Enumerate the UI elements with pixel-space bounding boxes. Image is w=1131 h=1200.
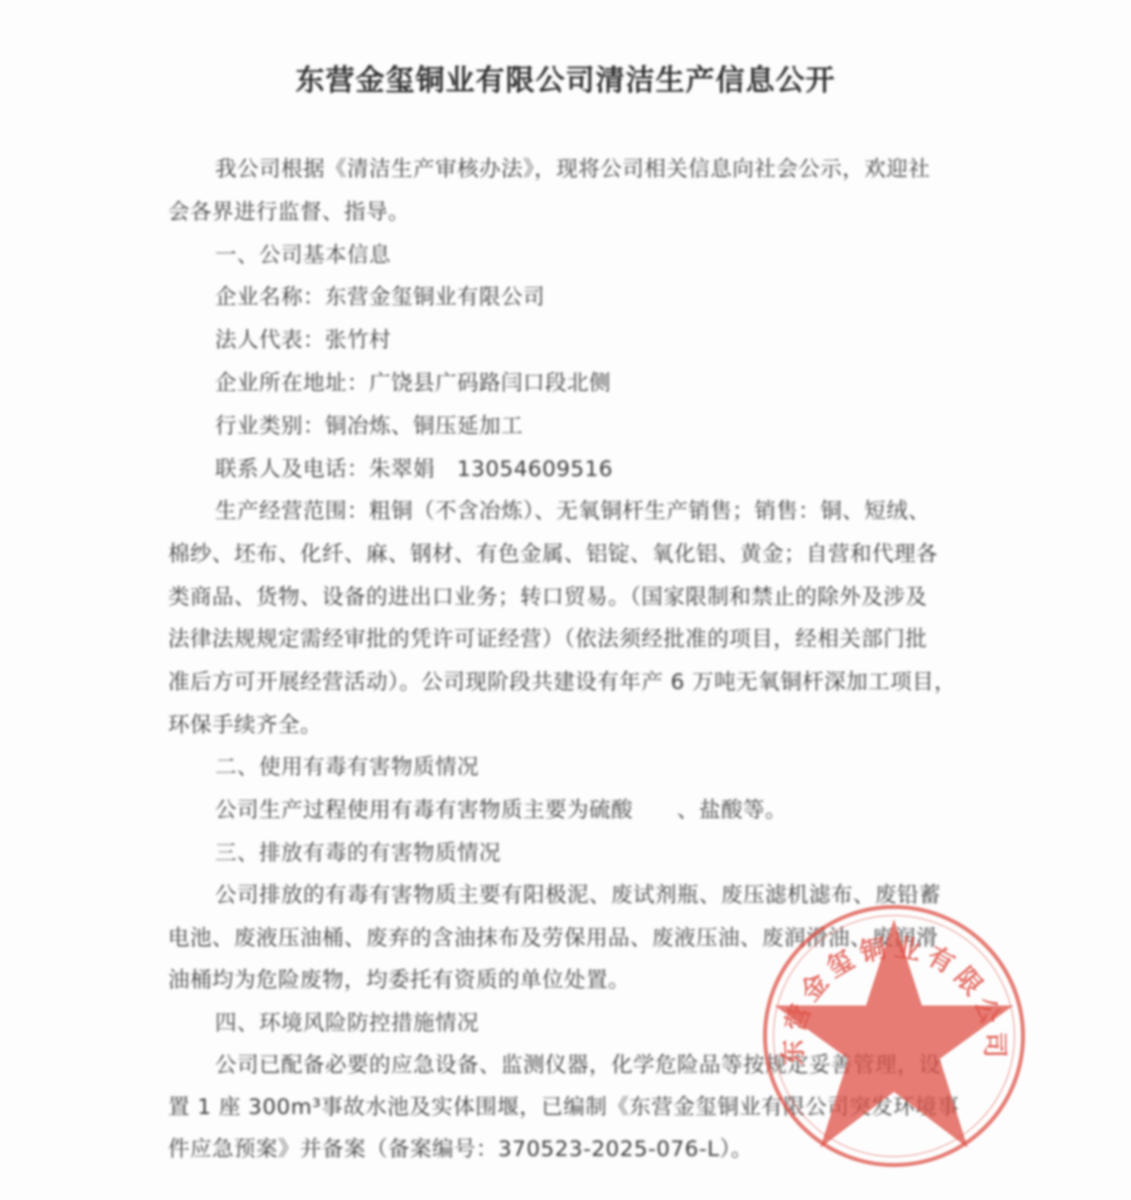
document-title: 东营金玺铜业有限公司清洁生产信息公开 <box>0 58 1131 99</box>
intro-line-1: 我公司根据《清洁生产审核办法》，现将公司相关信息向社会公示，欢迎社 <box>215 152 930 183</box>
contact-info: 联系人及电话：朱翠娟 13054609516 <box>215 452 613 483</box>
intro-line-2: 会各界进行监督、指导。 <box>168 195 410 226</box>
scope-line-5: 准后方可开展经营活动）。公司现阶段共建设有年产 6 万吨无氧铜杆深加工项目， <box>168 665 956 696</box>
seal-star-icon <box>767 909 1021 1163</box>
section4-heading: 四、环境风险防控措施情况 <box>215 1006 479 1037</box>
section4-line-3: 件应急预案》并备案（备案编号：370523-2025-076-L）。 <box>168 1132 753 1163</box>
scope-line-1: 生产经营范围：粗铜（不含冶炼）、无氧铜杆生产销售；销售：铜、短绒、 <box>215 494 930 525</box>
company-name: 企业名称：东营金玺铜业有限公司 <box>215 280 545 311</box>
company-address: 企业所在地址：广饶县广码路闫口段北侧 <box>215 366 611 397</box>
section3-line-3: 油桶均为危险废物，均委托有资质的单位处置。 <box>168 963 630 994</box>
company-seal-stamp: 东营金玺铜业有限公司 <box>763 905 1025 1167</box>
section2-body: 公司生产过程使用有毒有害物质主要为硫酸 、盐酸等。 <box>215 793 787 824</box>
industry-category: 行业类别：铜冶炼、铜压延加工 <box>215 409 523 440</box>
legal-representative: 法人代表：张竹村 <box>215 323 391 354</box>
scope-line-4: 法律法规规定需经审批的凭许可证经营）（依法须经批准的项目，经相关部门批 <box>168 622 927 653</box>
scope-line-6: 环保手续齐全。 <box>168 708 322 739</box>
scope-line-3: 类商品、货物、设备的进出口业务；转口贸易。（国家限制和禁止的除外及涉及 <box>168 580 927 611</box>
section3-line-1: 公司排放的有毒有害物质主要有阳极泥、废试剂瓶、废压滤机滤布、废铅蓄 <box>215 878 941 909</box>
scope-line-2: 棉纱、坯布、化纤、麻、钢材、有色金属、铝锭、氧化铝、黄金；自营和代理各 <box>168 537 938 568</box>
section3-heading: 三、排放有毒的有害物质情况 <box>215 836 501 867</box>
section2-heading: 二、使用有毒有害物质情况 <box>215 750 479 781</box>
section1-heading: 一、公司基本信息 <box>215 238 391 269</box>
